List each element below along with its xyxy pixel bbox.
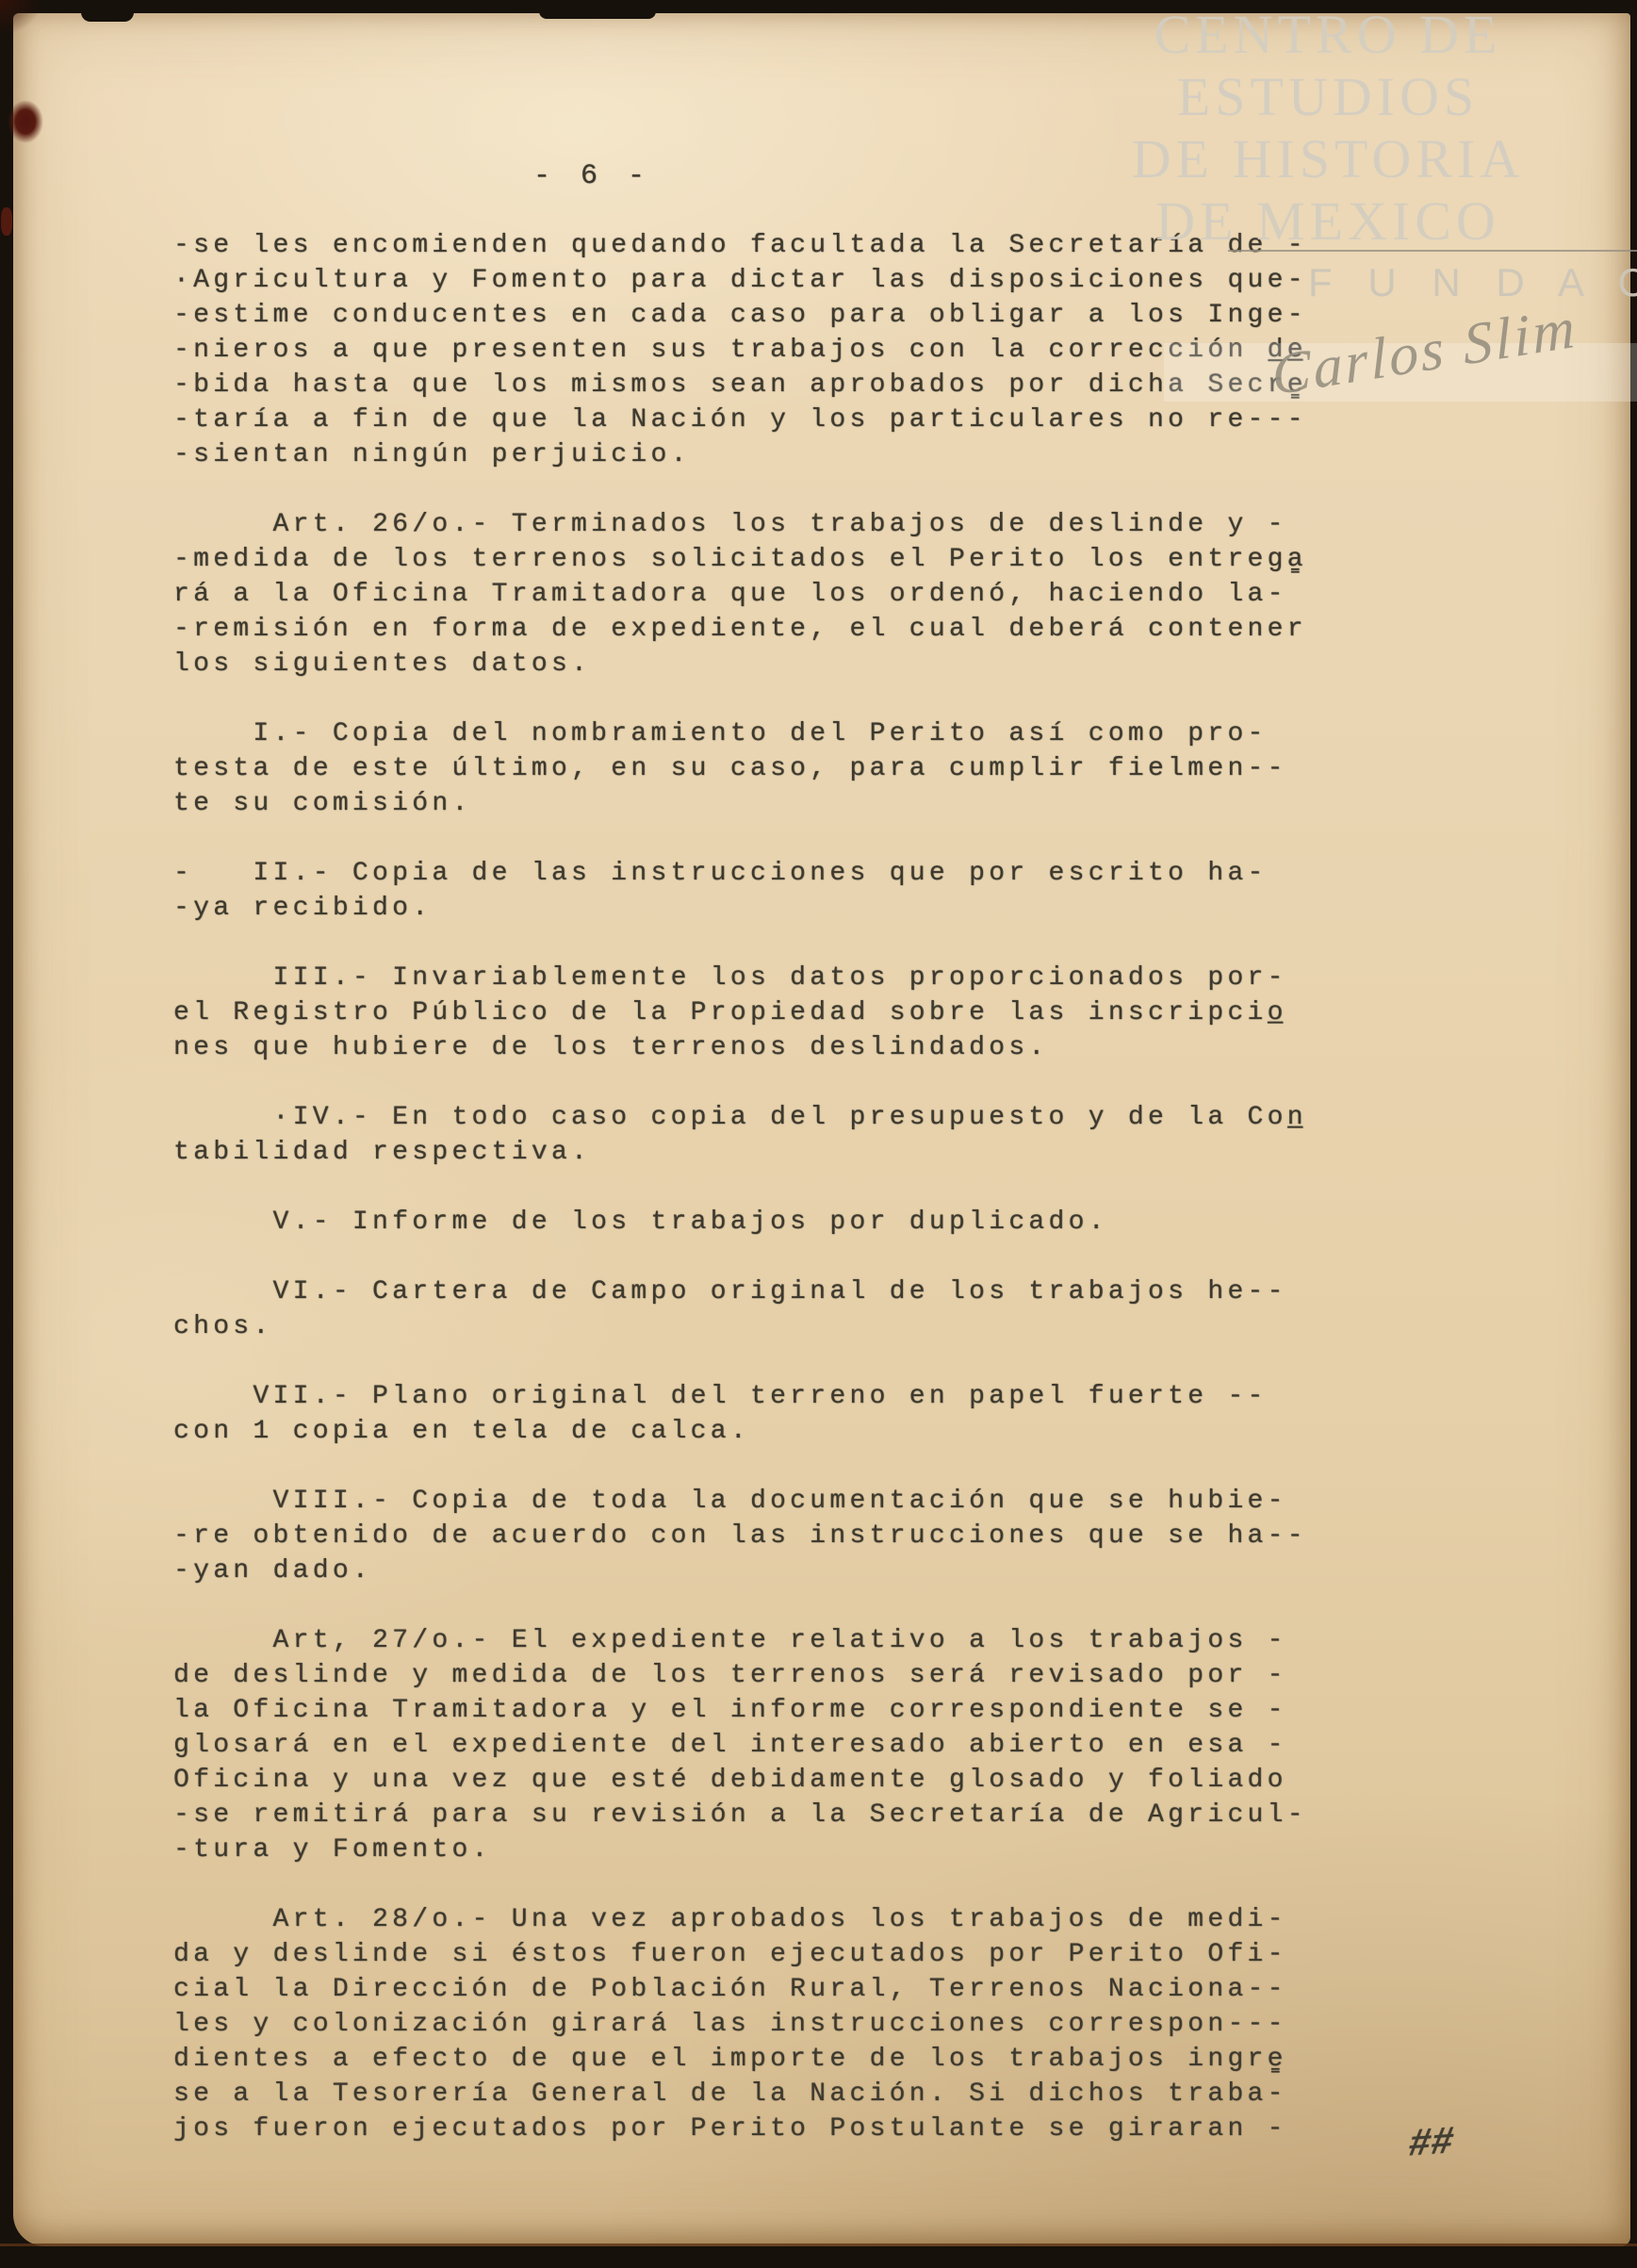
text-line — [173, 472, 1389, 507]
text-line: nes que hubiere de los terrenos deslinda… — [173, 1030, 1389, 1065]
scan-border-left — [0, 0, 13, 2268]
text-line: -remisión en forma de expediente, el cua… — [173, 612, 1389, 647]
text-line: de deslinde y medida de los terrenos ser… — [173, 1658, 1389, 1693]
text-line: el Registro Público de la Propiedad sobr… — [173, 995, 1389, 1030]
text-line: V.- Informe de los trabajos por duplicad… — [173, 1205, 1389, 1240]
text-line: -sientan ningún perjuicio. — [173, 437, 1389, 472]
text-line: -se remitirá para su revisión a la Secre… — [173, 1798, 1389, 1832]
paper-sheet: - 6 - -se les encomienden quedando facul… — [13, 13, 1630, 2246]
text-line: testa de este último, en su caso, para c… — [173, 751, 1389, 786]
text-line — [173, 1240, 1389, 1274]
scan-corner-shadow — [0, 0, 57, 49]
ink-stain — [1, 207, 12, 236]
scan-edge-notch — [539, 11, 656, 19]
text-line: cial la Dirección de Población Rural, Te… — [173, 1972, 1389, 2007]
text-line: -se les encomienden quedando facultada l… — [173, 228, 1389, 263]
text-line: VIII.- Copia de toda la documentación qu… — [173, 1484, 1389, 1519]
text-line — [173, 1588, 1389, 1623]
text-line: -bida hasta que los mismos sean aprobado… — [173, 368, 1389, 403]
text-line: Art. 26/o.- Terminados los trabajos de d… — [173, 507, 1389, 542]
page-number: - 6 - — [533, 160, 651, 192]
text-line: -yan dado. — [173, 1553, 1389, 1588]
text-line — [173, 1867, 1389, 1902]
text-line — [173, 926, 1389, 961]
scan-border-right — [1630, 0, 1637, 2268]
text-line — [173, 1449, 1389, 1484]
text-line: Art, 27/o.- El expediente relativo a los… — [173, 1623, 1389, 1658]
text-line: I.- Copia del nombramiento del Perito as… — [173, 716, 1389, 751]
text-line: la Oficina Tramitadora y el informe corr… — [173, 1693, 1389, 1728]
text-line: - II.- Copia de las instrucciones que po… — [173, 856, 1389, 891]
text-line — [173, 1065, 1389, 1100]
text-line: III.- Invariablemente los datos proporci… — [173, 961, 1389, 995]
text-line: -re obtenido de acuerdo con las instrucc… — [173, 1519, 1389, 1553]
text-line: con 1 copia en tela de calca. — [173, 1414, 1389, 1449]
scanned-document-page: - 6 - -se les encomienden quedando facul… — [0, 0, 1637, 2268]
scan-border-bottom — [0, 2246, 1637, 2268]
text-line: VII.- Plano original del terreno en pape… — [173, 1379, 1389, 1414]
text-line: ·Agricultura y Fomento para dictar las d… — [173, 263, 1389, 298]
text-line: les y colonización girará las instruccio… — [173, 2007, 1389, 2042]
text-line: VI.- Cartera de Campo original de los tr… — [173, 1274, 1389, 1309]
text-line: jos fueron ejecutados por Perito Postula… — [173, 2112, 1389, 2146]
ink-stain — [8, 100, 43, 143]
handwritten-check-mark: ## — [1406, 2119, 1458, 2164]
text-line: se a la Tesorería General de la Nación. … — [173, 2077, 1389, 2112]
text-line: te su comisión. — [173, 786, 1389, 821]
text-line — [173, 821, 1389, 856]
text-line: -tura y Fomento. — [173, 1832, 1389, 1867]
text-line — [173, 682, 1389, 716]
text-line: glosará en el expediente del interesado … — [173, 1728, 1389, 1763]
text-line: -nieros a que presenten sus trabajos con… — [173, 333, 1389, 368]
text-line: -medida de los terrenos solicitados el P… — [173, 542, 1389, 577]
text-line: da y deslinde si éstos fueron ejecutados… — [173, 1937, 1389, 1972]
text-line: Oficina y una vez que esté debidamente g… — [173, 1763, 1389, 1798]
text-line: tabilidad respectiva. — [173, 1135, 1389, 1170]
text-line: -estime conducentes en cada caso para ob… — [173, 298, 1389, 333]
text-line: chos. — [173, 1309, 1389, 1344]
text-line: -taría a fin de que la Nación y los part… — [173, 403, 1389, 437]
text-line: Art. 28/o.- Una vez aprobados los trabaj… — [173, 1902, 1389, 1937]
scan-edge-notch — [81, 11, 134, 22]
scan-border-top — [0, 0, 1637, 13]
text-line: dientes a efecto de que el importe de lo… — [173, 2042, 1389, 2077]
text-line — [173, 1344, 1389, 1379]
text-line — [173, 1170, 1389, 1205]
text-line: -ya recibido. — [173, 891, 1389, 926]
text-line: los siguientes datos. — [173, 647, 1389, 682]
text-line: ·IV.- En todo caso copia del presupuesto… — [173, 1100, 1389, 1135]
text-line: rá a la Oficina Tramitadora que los orde… — [173, 577, 1389, 612]
document-body: -se les encomienden quedando facultada l… — [173, 228, 1389, 2146]
